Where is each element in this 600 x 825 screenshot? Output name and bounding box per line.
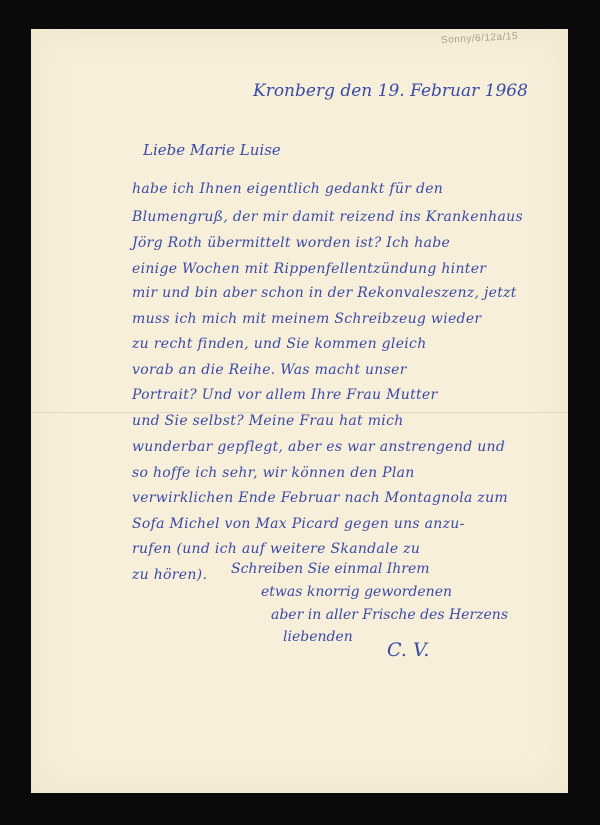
- body-line: so hoffe ich sehr, wir können den Plan: [132, 465, 415, 481]
- body-line: und Sie selbst? Meine Frau hat mich: [132, 413, 404, 429]
- archive-reference: Sonny/6/12a/15: [441, 31, 519, 46]
- closing-line: Schreiben Sie einmal Ihrem: [231, 561, 430, 577]
- body-line: Jörg Roth übermittelt worden ist? Ich ha…: [132, 235, 450, 251]
- body-line: Blumengruß, der mir damit reizend ins Kr…: [132, 209, 523, 225]
- body-line: wunderbar gepflegt, aber es war anstreng…: [132, 439, 505, 455]
- body-line: zu hören).: [132, 567, 207, 583]
- body-line: mir und bin aber schon in der Rekonvales…: [132, 285, 517, 301]
- body-line: einige Wochen mit Rippenfellentzündung h…: [132, 261, 486, 277]
- salutation: Liebe Marie Luise: [143, 141, 281, 159]
- body-line: zu recht finden, und Sie kommen gleich: [132, 336, 427, 352]
- body-line: rufen (und ich auf weitere Skandale zu: [132, 541, 420, 557]
- closing-line: liebenden: [283, 629, 353, 645]
- place-date: Kronberg den 19. Februar 1968: [253, 81, 528, 101]
- closing-line: etwas knorrig gewordenen: [261, 584, 452, 600]
- body-line: habe ich Ihnen eigentlich gedankt für de…: [132, 181, 443, 197]
- body-line: Portrait? Und vor allem Ihre Frau Mutter: [132, 387, 438, 403]
- body-line: verwirklichen Ende Februar nach Montagno…: [132, 490, 508, 506]
- body-line: Sofa Michel von Max Picard gegen uns anz…: [132, 516, 465, 532]
- body-line: muss ich mich mit meinem Schreibzeug wie…: [132, 311, 481, 327]
- signature: C. V.: [387, 639, 429, 661]
- closing-line: aber in aller Frische des Herzens: [271, 607, 508, 623]
- letter-paper: Sonny/6/12a/15 Kronberg den 19. Februar …: [31, 29, 568, 793]
- body-line: vorab an die Reihe. Was macht unser: [132, 362, 407, 378]
